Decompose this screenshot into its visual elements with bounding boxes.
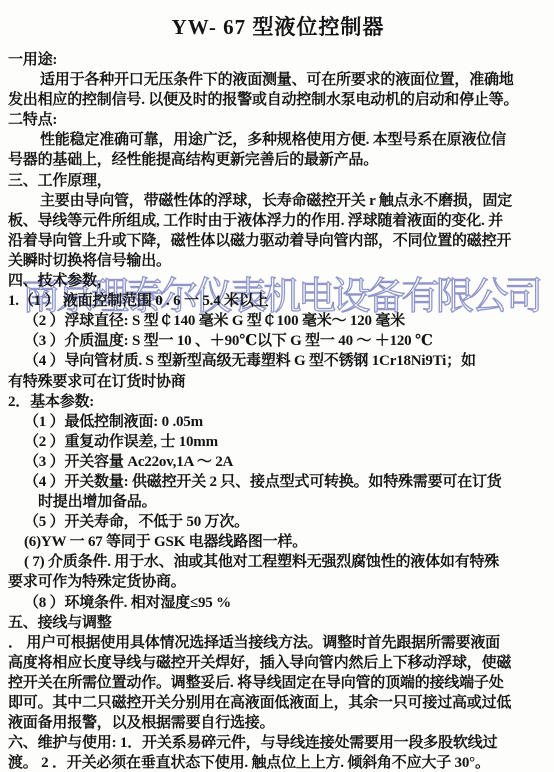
document-text-lines: 一用途:适用于各种开口无压条件下的液面测量、可在所要求的液面位置，准确地发出相应… [8, 50, 548, 772]
text-line: (6)YW 一 67 等同于 GSK 电器线路图一样。 [8, 532, 548, 552]
document-title: YW- 67 型液位控制器 [8, 10, 548, 50]
text-line: （3 ）介质温度: S 型一 10 、＋90℃以下 G 型一 40 ～ ＋120… [8, 331, 548, 351]
text-line: ( 7) 介质条件. 用于水、油或其他对工程塑料无强烈腐蚀性的液体如有特殊 [8, 552, 548, 572]
text-line: （8 ）环境条件. 相对湿度≤95 % [8, 593, 548, 613]
text-line: （2 ）浮球直径: S 型￠140 毫米 G 型￠100 毫米～ 120 毫米 [8, 311, 548, 331]
text-line: （1 ）最低控制液面: 0 .05m [8, 412, 548, 432]
text-line: （5 ）开关寿命，不低于 50 万次。 [8, 512, 548, 532]
scanned-document-page: 南京理泰尔仪表机电设备有限公司 YW- 67 型液位控制器 一用途:适用于各种开… [0, 0, 554, 772]
text-line: 沿着导向管上升或下降，磁性体以磁力驱动着导向管内部，不同位置的磁控开 [8, 231, 548, 251]
text-line: 板、导线等元件所组成, 工作时由于液体浮力的作用. 浮球随着液面的变化. 并 [8, 211, 548, 231]
text-line: 主要由导向管，带磁性体的浮球，长寿命磁控开关 r 触点永不磨损，固定 [8, 191, 548, 211]
text-line: （2 ）重复动作误差, 士 10mm [8, 432, 548, 452]
text-line: 高度将相应长度导线与磁控开关焊好，插入导向管内然后上下移动浮球，使磁 [8, 653, 548, 673]
text-line: 要求可作为特殊定货协商。 [8, 572, 548, 592]
text-line: 四、技术参数， [8, 271, 548, 291]
text-line: 六、维护与使用: 1．开关系易碎元件，与导线连接处需要用一段多股软线过 [8, 733, 548, 753]
text-line: 时提出增加备品。 [8, 492, 548, 512]
text-line: 性能稳定准确可靠，用途广泛，多种规格使用方便. 本型号系在原液位信 [8, 130, 548, 150]
document-body: YW- 67 型液位控制器 一用途:适用于各种开口无压条件下的液面测量、可在所要… [0, 0, 554, 772]
text-line: 发出相应的控制信号. 以便及时的报警或自动控制水泵电动机的启动和停止等。 [8, 90, 548, 110]
text-line: 二特点: [8, 110, 548, 130]
text-line: 即可。其中二只磁控开关分别用在高液面低液面上，其余一只可接过高或过低 [8, 693, 548, 713]
text-line: 2．基本参数: [8, 392, 548, 412]
text-line: 有特殊要求可在订货时协商 [8, 372, 548, 392]
text-line: 五、接线与调整 [8, 613, 548, 633]
text-line: 液面备用报警，以及根据需要自行选接。 [8, 713, 548, 733]
text-line: 号器的基础上，经性能提高结构更新完善后的最新产品。 [8, 150, 548, 170]
text-line: （4 ）开关数量: 供磁控开关 2 只、接点型式可转换。如特殊需要可在订货 [8, 472, 548, 492]
text-line: 适用于各种开口无压条件下的液面测量、可在所要求的液面位置，准确地 [8, 70, 548, 90]
text-line: 1.（1 ） 液面控制范围 0 . 6 一 5.4 米以上 [8, 291, 548, 311]
text-line: 控开关在所需位置动作。调整妥后. 将导线固定在导向管的顶端的接线端子处 [8, 673, 548, 693]
text-line: ． 用户可根据使用具体情况选择适当接线方法。调整时首先跟据所需要液面 [8, 633, 548, 653]
text-line: （4 ）导向管材质. S 型新型高级无毒塑料 G 型不锈钢 1Cr18Ni9Ti… [8, 351, 548, 371]
text-line: 关瞬时切换将信号输出。 [8, 251, 548, 271]
text-line: （3 ）开关容量 Ac22ov,1A ～ 2A [8, 452, 548, 472]
text-line: 三、工作原理， [8, 171, 548, 191]
text-line: 渡。 2 ．开关必须在垂直状态下使用. 触点位上上方. 倾斜角不应大子 30°。 [8, 753, 548, 772]
text-line: 一用途: [8, 50, 548, 70]
